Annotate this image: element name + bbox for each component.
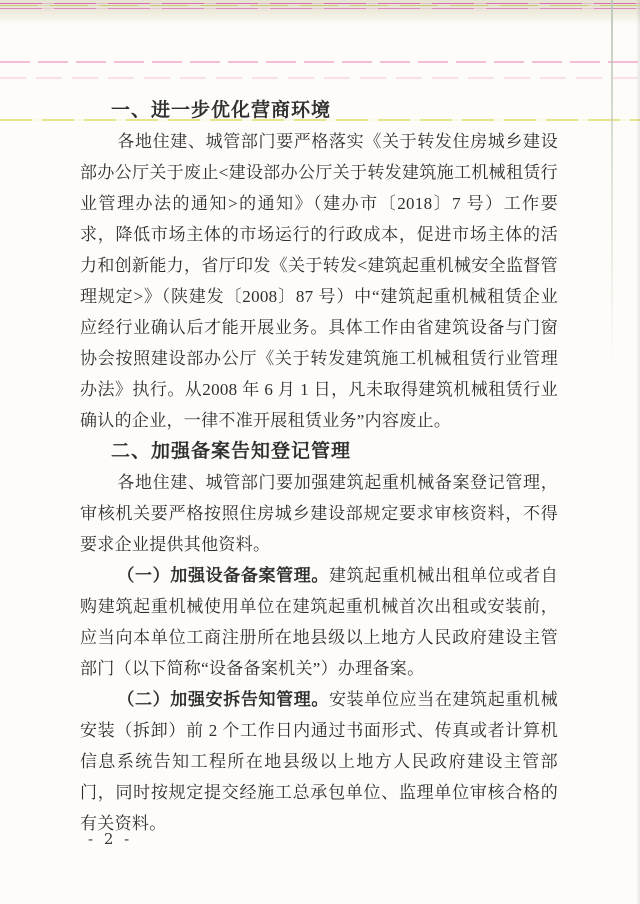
page-number: - 2 - [88, 830, 132, 848]
scan-page-edge-line [611, 0, 613, 370]
section-2-item-2: （二）加强安拆告知管理。安装单位应当在建筑起重机械安装（拆卸）前 2 个工作日内… [80, 684, 558, 839]
scanned-document-page: { "document": { "section1": { "heading":… [0, 0, 640, 904]
section-2-item-1: （一）加强设备备案管理。建筑起重机械出租单位或者自购建筑起重机械使用单位在建筑起… [80, 560, 558, 684]
section-1-paragraph: 各地住建、城管部门要严格落实《关于转发住房城乡建设部办公厅关于废止<建设部办公厅… [80, 126, 558, 436]
document-body: 一、进一步优化营商环境 各地住建、城管部门要严格落实《关于转发住房城乡建设部办公… [80, 95, 558, 839]
item-1-lead: （一）加强设备备案管理。 [117, 566, 329, 585]
scan-right-edge-shadow [636, 0, 640, 904]
scan-top-band [0, 0, 640, 24]
section-2-intro-paragraph: 各地住建、城管部门要加强建筑起重机械备案登记管理，审核机关要严格按照住房城乡建设… [80, 467, 558, 560]
scan-magenta-line-bottom [0, 8, 640, 9]
scan-magenta-line-top [0, 3, 640, 4]
section-2-heading: 二、加强备案告知登记管理 [80, 436, 558, 467]
scan-pink-dashed-line-1 [0, 61, 640, 63]
section-1-heading: 一、进一步优化营商环境 [80, 95, 558, 126]
scan-olive-line-top [0, 5, 640, 6]
item-2-body: 安装单位应当在建筑起重机械安装（拆卸）前 2 个工作日内通过书面形式、传真或者计… [80, 690, 558, 833]
item-2-lead: （二）加强安拆告知管理。 [117, 690, 329, 709]
scan-pink-dashed-line-2 [0, 77, 640, 79]
